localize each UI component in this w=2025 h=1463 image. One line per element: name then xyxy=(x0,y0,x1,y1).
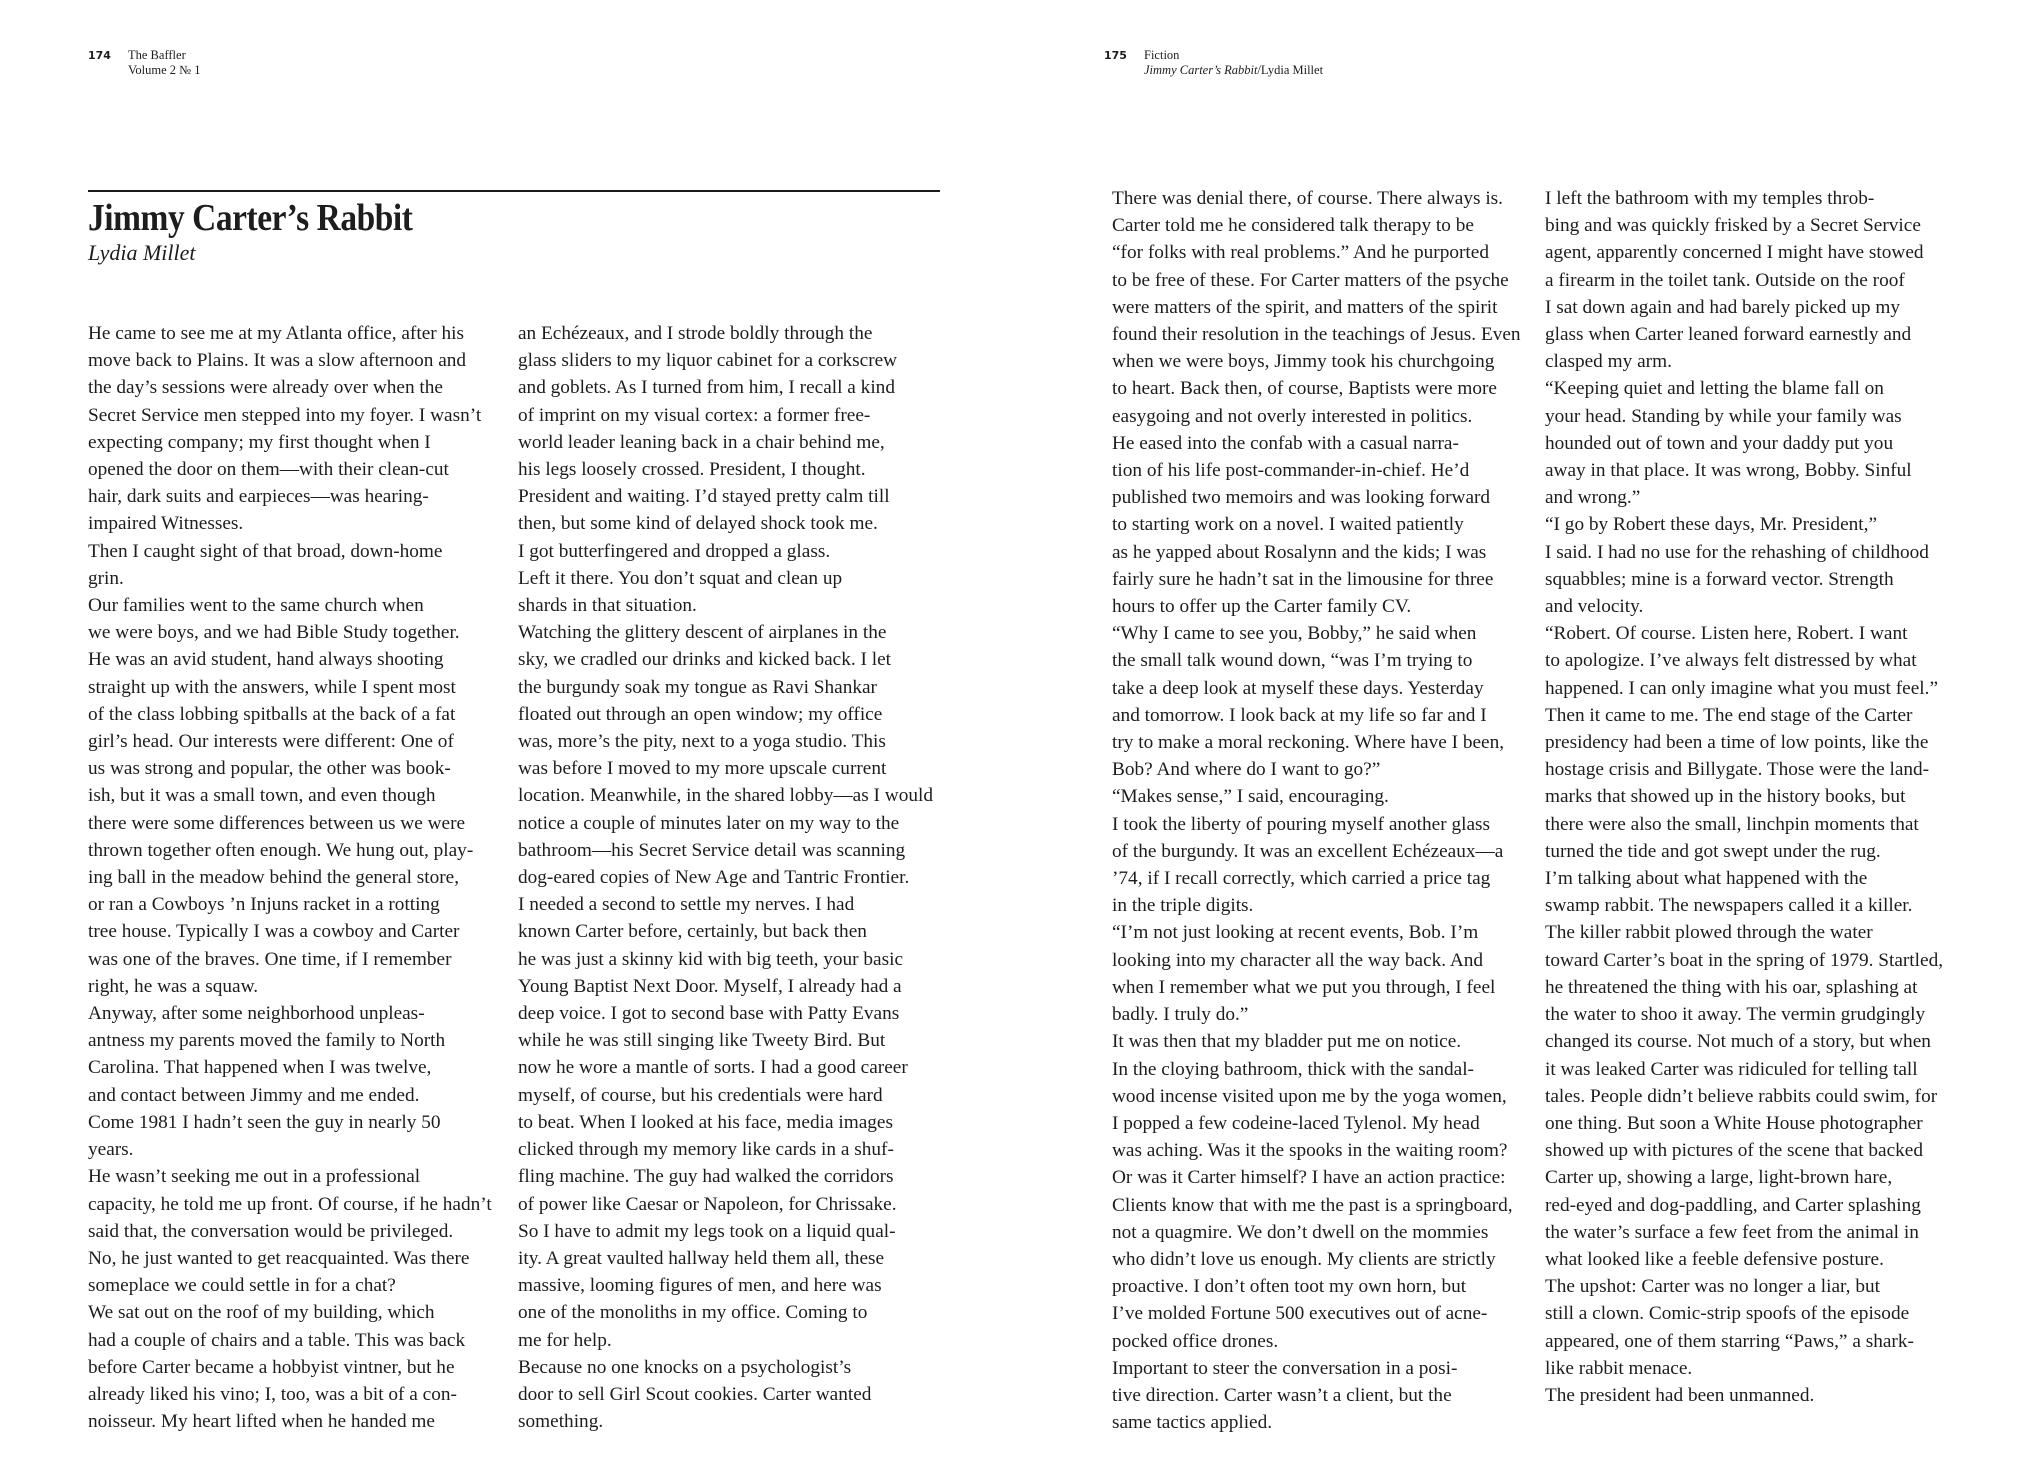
text-line: pocked office drones. xyxy=(1112,1328,1540,1355)
text-line: to heart. Back then, of course, Baptists… xyxy=(1112,375,1540,402)
text-line: Carter told me he considered talk therap… xyxy=(1112,212,1540,239)
text-line: who didn’t love us enough. My clients ar… xyxy=(1112,1246,1540,1273)
text-line: ish, but it was a small town, and even t… xyxy=(88,782,503,809)
text-line: of power like Caesar or Napoleon, for Ch… xyxy=(518,1191,943,1218)
text-line: Clients know that with me the past is a … xyxy=(1112,1192,1540,1219)
text-line: tales. People didn’t believe rabbits cou… xyxy=(1545,1083,1973,1110)
text-line: I took the liberty of pouring myself ano… xyxy=(1112,811,1540,838)
text-line: President and waiting. I’d stayed pretty… xyxy=(518,483,943,510)
text-line: before Carter became a hobbyist vintner,… xyxy=(88,1354,503,1381)
text-line: easygoing and not overly interested in p… xyxy=(1112,403,1540,430)
text-line: now he wore a mantle of sorts. I had a g… xyxy=(518,1054,943,1081)
text-line: the water to shoo it away. The vermin gr… xyxy=(1545,1001,1973,1028)
text-line: presidency had been a time of low points… xyxy=(1545,729,1973,756)
text-line: still a clown. Comic-strip spoofs of the… xyxy=(1545,1300,1973,1327)
text-line: ity. A great vaulted hallway held them a… xyxy=(518,1245,943,1272)
text-line: not a quagmire. We don’t dwell on the mo… xyxy=(1112,1219,1540,1246)
text-line: tive direction. Carter wasn’t a client, … xyxy=(1112,1382,1540,1409)
text-line: ’74, if I recall correctly, which carrie… xyxy=(1112,865,1540,892)
text-line: notice a couple of minutes later on my w… xyxy=(518,810,943,837)
text-line: he was just a skinny kid with big teeth,… xyxy=(518,946,943,973)
text-line: as he yapped about Rosalynn and the kids… xyxy=(1112,539,1540,566)
text-line: of the burgundy. It was an excellent Ech… xyxy=(1112,838,1540,865)
text-line: changed its course. Not much of a story,… xyxy=(1545,1028,1973,1055)
text-line: a firearm in the toilet tank. Outside on… xyxy=(1545,267,1973,294)
text-line: same tactics applied. xyxy=(1112,1409,1540,1436)
text-line: an Echézeaux, and I strode boldly throug… xyxy=(518,320,943,347)
text-line: the water’s surface a few feet from the … xyxy=(1545,1219,1973,1246)
article-ref-title: Jimmy Carter’s Rabbit xyxy=(1144,63,1257,77)
text-line: Watching the glittery descent of airplan… xyxy=(518,619,943,646)
text-line: shards in that situation. xyxy=(518,592,943,619)
text-line: in the triple digits. xyxy=(1112,892,1540,919)
text-line: clicked through my memory like cards in … xyxy=(518,1136,943,1163)
text-line: “Keeping quiet and letting the blame fal… xyxy=(1545,375,1973,402)
text-line: your head. Standing by while your family… xyxy=(1545,403,1973,430)
text-line: toward Carter’s boat in the spring of 19… xyxy=(1545,947,1973,974)
text-line: someplace we could settle in for a chat? xyxy=(88,1272,503,1299)
text-line: sky, we cradled our drinks and kicked ba… xyxy=(518,646,943,673)
text-line: Come 1981 I hadn’t seen the guy in nearl… xyxy=(88,1109,503,1136)
text-line: I’m talking about what happened with the xyxy=(1545,865,1973,892)
text-line: “I go by Robert these days, Mr. Presiden… xyxy=(1545,511,1973,538)
text-line: “Makes sense,” I said, encouraging. xyxy=(1112,783,1540,810)
text-line: So I have to admit my legs took on a liq… xyxy=(518,1218,943,1245)
text-line: glass sliders to my liquor cabinet for a… xyxy=(518,347,943,374)
text-line: and velocity. xyxy=(1545,593,1973,620)
article-ref: Jimmy Carter’s Rabbit/Lydia Millet xyxy=(1144,63,1323,78)
text-line: hair, dark suits and earpieces—was heari… xyxy=(88,483,503,510)
text-line: grin. xyxy=(88,565,503,592)
text-line: noisseur. My heart lifted when he handed… xyxy=(88,1408,503,1435)
text-line: or ran a Cowboys ’n Injuns racket in a r… xyxy=(88,891,503,918)
text-line: said that, the conversation would be pri… xyxy=(88,1218,503,1245)
text-line: tree house. Typically I was a cowboy and… xyxy=(88,918,503,945)
text-line: bathroom—his Secret Service detail was s… xyxy=(518,837,943,864)
text-line: location. Meanwhile, in the shared lobby… xyxy=(518,782,943,809)
text-line: Carter up, showing a large, light-brown … xyxy=(1545,1164,1973,1191)
text-line: Left it there. You don’t squat and clean… xyxy=(518,565,943,592)
text-line: we were boys, and we had Bible Study tog… xyxy=(88,619,503,646)
text-line: expecting company; my first thought when… xyxy=(88,429,503,456)
text-line: try to make a moral reckoning. Where hav… xyxy=(1112,729,1540,756)
text-line: girl’s head. Our interests were differen… xyxy=(88,728,503,755)
text-line: us was strong and popular, the other was… xyxy=(88,755,503,782)
text-column-1: He came to see me at my Atlanta office, … xyxy=(88,320,503,1435)
article-ref-author: Lydia Millet xyxy=(1261,63,1323,77)
text-line: glass when Carter leaned forward earnest… xyxy=(1545,321,1973,348)
text-line: door to sell Girl Scout cookies. Carter … xyxy=(518,1381,943,1408)
text-line: hours to offer up the Carter family CV. xyxy=(1112,593,1540,620)
text-line: “Why I came to see you, Bobby,” he said … xyxy=(1112,620,1540,647)
text-line: the small talk wound down, “was I’m tryi… xyxy=(1112,647,1540,674)
text-line: I got butterfingered and dropped a glass… xyxy=(518,538,943,565)
text-line: turned the tide and got swept under the … xyxy=(1545,838,1973,865)
text-line: proactive. I don’t often toot my own hor… xyxy=(1112,1273,1540,1300)
text-line: found their resolution in the teachings … xyxy=(1112,321,1540,348)
text-line: and goblets. As I turned from him, I rec… xyxy=(518,374,943,401)
text-line: Bob? And where do I want to go?” xyxy=(1112,756,1540,783)
text-column-3: There was denial there, of course. There… xyxy=(1112,185,1540,1436)
text-line: when I remember what we put you through,… xyxy=(1112,974,1540,1001)
text-line: it was leaked Carter was ridiculed for t… xyxy=(1545,1056,1973,1083)
text-line: away in that place. It was wrong, Bobby.… xyxy=(1545,457,1973,484)
text-line: like rabbit menace. xyxy=(1545,1355,1973,1382)
text-line: and wrong.” xyxy=(1545,484,1973,511)
text-line: He was an avid student, hand always shoo… xyxy=(88,646,503,673)
text-line: marks that showed up in the history book… xyxy=(1545,783,1973,810)
text-line: already liked his vino; I, too, was a bi… xyxy=(88,1381,503,1408)
text-line: was one of the braves. One time, if I re… xyxy=(88,946,503,973)
text-line: “I’m not just looking at recent events, … xyxy=(1112,919,1540,946)
text-line: “for folks with real problems.” And he p… xyxy=(1112,239,1540,266)
text-line: clasped my arm. xyxy=(1545,348,1973,375)
text-line: appeared, one of them starring “Paws,” a… xyxy=(1545,1328,1973,1355)
text-line: was, more’s the pity, next to a yoga stu… xyxy=(518,728,943,755)
page-number: 175 xyxy=(1104,48,1127,63)
text-line: looking into my character all the way ba… xyxy=(1112,947,1540,974)
text-line: In the cloying bathroom, thick with the … xyxy=(1112,1056,1540,1083)
text-line: I said. I had no use for the rehashing o… xyxy=(1545,539,1973,566)
text-line: “Robert. Of course. Listen here, Robert.… xyxy=(1545,620,1973,647)
text-line: I popped a few codeine-laced Tylenol. My… xyxy=(1112,1110,1540,1137)
text-line: there were some differences between us w… xyxy=(88,810,503,837)
text-line: and tomorrow. I look back at my life so … xyxy=(1112,702,1540,729)
text-line: then, but some kind of delayed shock too… xyxy=(518,510,943,537)
text-line: straight up with the answers, while I sp… xyxy=(88,674,503,701)
text-line: to starting work on a novel. I waited pa… xyxy=(1112,511,1540,538)
text-line: antness my parents moved the family to N… xyxy=(88,1027,503,1054)
text-line: massive, looming figures of men, and her… xyxy=(518,1272,943,1299)
page-number: 174 xyxy=(88,48,111,63)
text-line: agent, apparently concerned I might have… xyxy=(1545,239,1973,266)
text-column-4: I left the bathroom with my temples thro… xyxy=(1545,185,1973,1409)
text-line: He came to see me at my Atlanta office, … xyxy=(88,320,503,347)
text-line: known Carter before, certainly, but back… xyxy=(518,918,943,945)
text-line: I’ve molded Fortune 500 executives out o… xyxy=(1112,1300,1540,1327)
text-line: squabbles; mine is a forward vector. Str… xyxy=(1545,566,1973,593)
text-line: fling machine. The guy had walked the co… xyxy=(518,1163,943,1190)
section-name: Fiction xyxy=(1144,48,1323,63)
text-line: to beat. When I looked at his face, medi… xyxy=(518,1109,943,1136)
text-line: Young Baptist Next Door. Myself, I alrea… xyxy=(518,973,943,1000)
publication-name: The Baffler xyxy=(128,48,200,63)
text-line: was before I moved to my more upscale cu… xyxy=(518,755,943,782)
text-line: were matters of the spirit, and matters … xyxy=(1112,294,1540,321)
text-line: thrown together often enough. We hung ou… xyxy=(88,837,503,864)
text-line: He eased into the confab with a casual n… xyxy=(1112,430,1540,457)
text-line: happened. I can only imagine what you mu… xyxy=(1545,675,1973,702)
text-column-2: an Echézeaux, and I strode boldly throug… xyxy=(518,320,943,1435)
text-line: Secret Service men stepped into my foyer… xyxy=(88,402,503,429)
text-line: hostage crisis and Billygate. Those were… xyxy=(1545,756,1973,783)
title-rule xyxy=(88,190,940,192)
text-line: floated out through an open window; my o… xyxy=(518,701,943,728)
text-line: move back to Plains. It was a slow after… xyxy=(88,347,503,374)
volume-issue: Volume 2 № 1 xyxy=(128,63,200,78)
text-line: was aching. Was it the spooks in the wai… xyxy=(1112,1137,1540,1164)
text-line: Because no one knocks on a psychologist’… xyxy=(518,1354,943,1381)
text-line: years. xyxy=(88,1136,503,1163)
text-line: It was then that my bladder put me on no… xyxy=(1112,1028,1540,1055)
text-line: capacity, he told me up front. Of course… xyxy=(88,1191,503,1218)
text-line: and contact between Jimmy and me ended. xyxy=(88,1082,503,1109)
text-line: tion of his life post-commander-in-chief… xyxy=(1112,457,1540,484)
text-line: Our families went to the same church whe… xyxy=(88,592,503,619)
text-line: deep voice. I got to second base with Pa… xyxy=(518,1000,943,1027)
article-title: Jimmy Carter’s Rabbit xyxy=(88,196,412,240)
text-line: one thing. But soon a White House photog… xyxy=(1545,1110,1973,1137)
text-line: while he was still singing like Tweety B… xyxy=(518,1027,943,1054)
text-line: showed up with pictures of the scene tha… xyxy=(1545,1137,1973,1164)
text-line: dog-eared copies of New Age and Tantric … xyxy=(518,864,943,891)
text-line: the day’s sessions were already over whe… xyxy=(88,374,503,401)
text-line: opened the door on them—with their clean… xyxy=(88,456,503,483)
right-page: 175 Fiction Jimmy Carter’s Rabbit/Lydia … xyxy=(1012,0,2025,1463)
text-line: There was denial there, of course. There… xyxy=(1112,185,1540,212)
text-line: when we were boys, Jimmy took his church… xyxy=(1112,348,1540,375)
text-line: what looked like a feeble defensive post… xyxy=(1545,1246,1973,1273)
text-line: I left the bathroom with my temples thro… xyxy=(1545,185,1973,212)
text-line: Carolina. That happened when I was twelv… xyxy=(88,1054,503,1081)
text-line: he threatened the thing with his oar, sp… xyxy=(1545,974,1973,1001)
text-line: me for help. xyxy=(518,1327,943,1354)
text-line: world leader leaning back in a chair beh… xyxy=(518,429,943,456)
text-line: Then it came to me. The end stage of the… xyxy=(1545,702,1973,729)
text-line: ing ball in the meadow behind the genera… xyxy=(88,864,503,891)
text-line: impaired Witnesses. xyxy=(88,510,503,537)
text-line: myself, of course, but his credentials w… xyxy=(518,1082,943,1109)
text-line: hounded out of town and your daddy put y… xyxy=(1545,430,1973,457)
text-line: The upshot: Carter was no longer a liar,… xyxy=(1545,1273,1973,1300)
left-page: 174 The Baffler Volume 2 № 1 Jimmy Carte… xyxy=(0,0,1012,1463)
text-line: take a deep look at myself these days. Y… xyxy=(1112,675,1540,702)
text-line: Or was it Carter himself? I have an acti… xyxy=(1112,1164,1540,1191)
text-line: there were also the small, linchpin mome… xyxy=(1545,811,1973,838)
author-byline: Lydia Millet xyxy=(88,240,196,266)
text-line: to be free of these. For Carter matters … xyxy=(1112,267,1540,294)
text-line: badly. I truly do.” xyxy=(1112,1001,1540,1028)
text-line: He wasn’t seeking me out in a profession… xyxy=(88,1163,503,1190)
text-line: Then I caught sight of that broad, down-… xyxy=(88,538,503,565)
text-line: The killer rabbit plowed through the wat… xyxy=(1545,919,1973,946)
text-line: one of the monoliths in my office. Comin… xyxy=(518,1299,943,1326)
text-line: published two memoirs and was looking fo… xyxy=(1112,484,1540,511)
text-line: fairly sure he hadn’t sat in the limousi… xyxy=(1112,566,1540,593)
text-line: of the class lobbing spitballs at the ba… xyxy=(88,701,503,728)
text-line: Important to steer the conversation in a… xyxy=(1112,1355,1540,1382)
text-line: wood incense visited upon me by the yoga… xyxy=(1112,1083,1540,1110)
text-line: his legs loosely crossed. President, I t… xyxy=(518,456,943,483)
text-line: I sat down again and had barely picked u… xyxy=(1545,294,1973,321)
text-line: Anyway, after some neighborhood unpleas- xyxy=(88,1000,503,1027)
text-line: something. xyxy=(518,1408,943,1435)
text-line: of imprint on my visual cortex: a former… xyxy=(518,402,943,429)
text-line: right, he was a squaw. xyxy=(88,973,503,1000)
text-line: We sat out on the roof of my building, w… xyxy=(88,1299,503,1326)
text-line: had a couple of chairs and a table. This… xyxy=(88,1327,503,1354)
text-line: red-eyed and dog-paddling, and Carter sp… xyxy=(1545,1192,1973,1219)
text-line: The president had been unmanned. xyxy=(1545,1382,1973,1409)
text-line: I needed a second to settle my nerves. I… xyxy=(518,891,943,918)
text-line: to apologize. I’ve always felt distresse… xyxy=(1545,647,1973,674)
text-line: bing and was quickly frisked by a Secret… xyxy=(1545,212,1973,239)
text-line: swamp rabbit. The newspapers called it a… xyxy=(1545,892,1973,919)
text-line: No, he just wanted to get reacquainted. … xyxy=(88,1245,503,1272)
text-line: the burgundy soak my tongue as Ravi Shan… xyxy=(518,674,943,701)
